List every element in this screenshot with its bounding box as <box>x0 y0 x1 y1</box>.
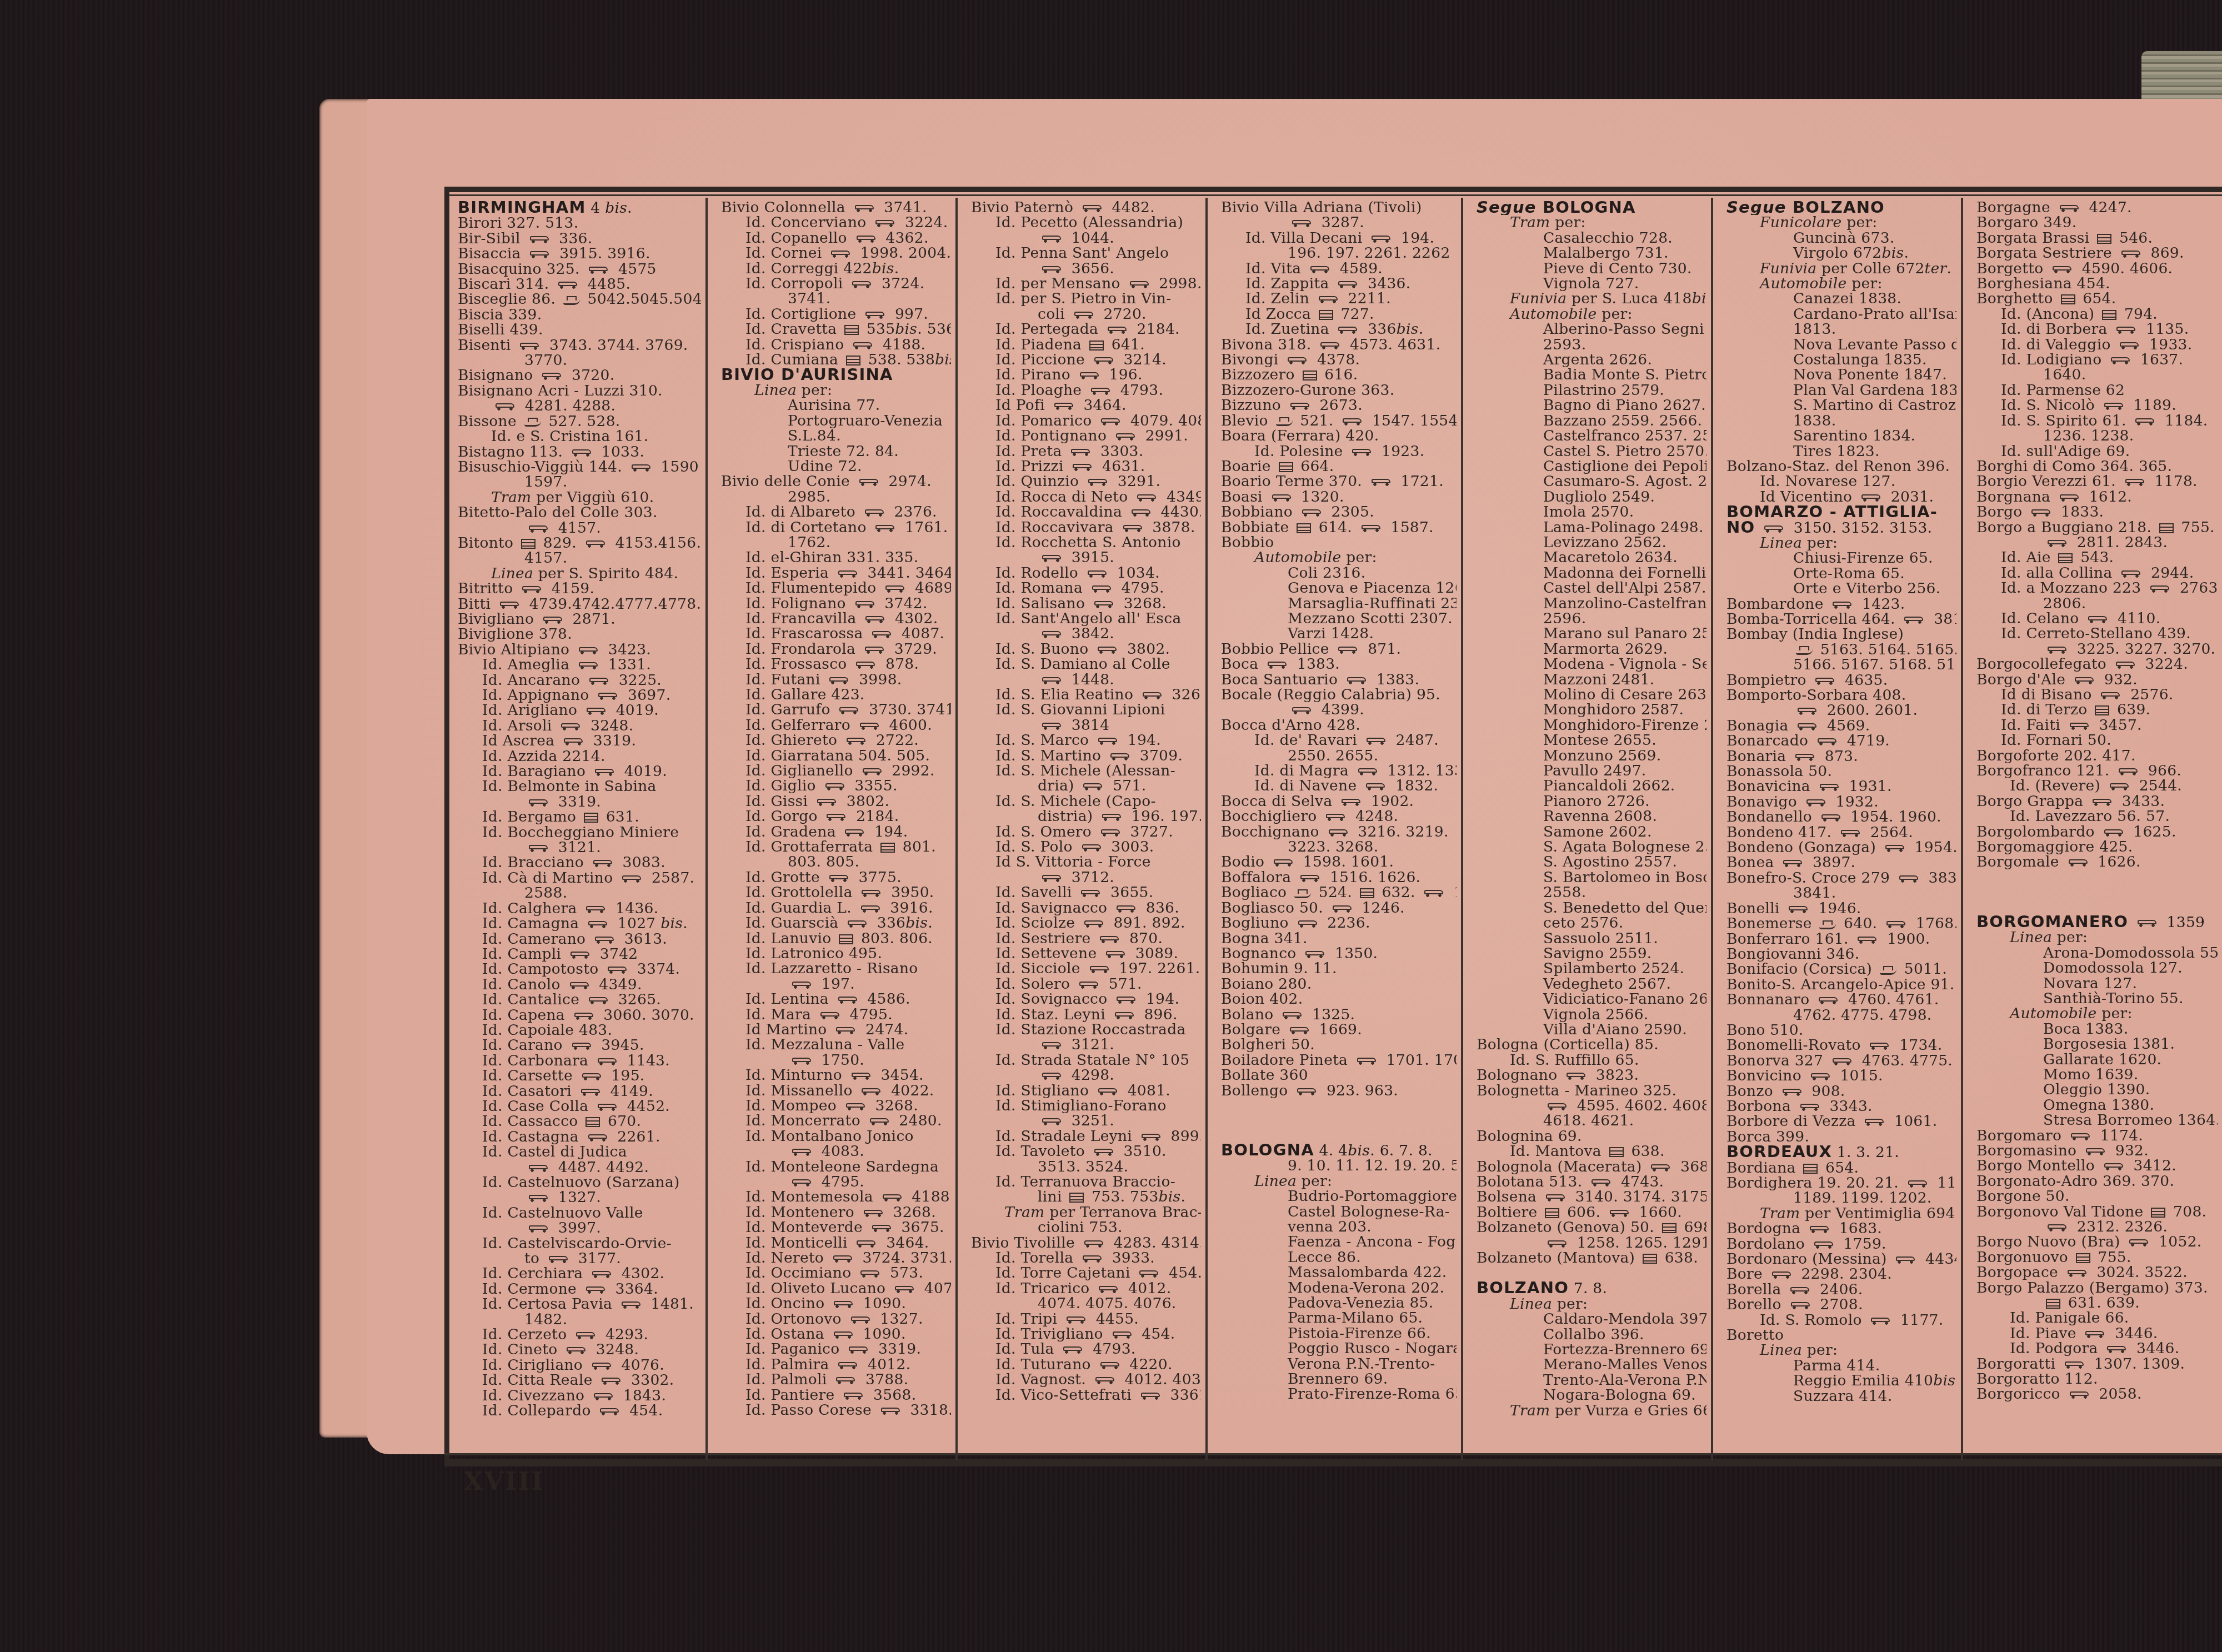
index-entry: Id. Roccavaldina 4430. <box>971 504 1201 519</box>
bus-icon <box>1087 570 1109 578</box>
index-entry: Montese 2655. <box>1477 733 1706 748</box>
index-entry: 1640. <box>1976 367 2218 382</box>
index-entry: Id. Penna Sant' Angelo <box>971 246 1201 261</box>
index-entry: Id. Prizzi 4631. <box>971 459 1201 474</box>
tram-icon <box>1303 371 1317 381</box>
index-entry: Id. Appignano 3697. <box>458 688 701 703</box>
index-entry: Id. Latronico 495. <box>721 946 951 961</box>
bus-icon <box>1101 813 1123 821</box>
index-entry: Id. Preta 3303. <box>971 444 1201 459</box>
index-entry: Borghetto 654. <box>1976 291 2218 306</box>
bus-icon <box>1041 266 1063 273</box>
bus-icon <box>599 1408 621 1415</box>
index-entry: 803. 805. <box>721 854 951 869</box>
index-entry: Boca 1383. <box>1221 657 1457 672</box>
bus-icon <box>1337 646 1359 654</box>
index-entry: Boca 1383. <box>1976 1022 2218 1037</box>
bus-icon <box>1299 874 1322 882</box>
bus-icon <box>621 875 643 883</box>
index-entry: Funivia per Colle 672ter. <box>1726 261 1956 276</box>
bus-icon <box>2120 570 2143 578</box>
index-entry: Id. Lavezzaro 56. 57. <box>1976 809 2218 824</box>
index-entry: Id. Casatori 4149. <box>458 1084 701 1099</box>
bus-icon <box>1356 1057 1378 1065</box>
tram-icon <box>1803 1164 1818 1174</box>
index-heading: BORDEAUX 1. 3. 21. <box>1726 1144 1956 1160</box>
bus-icon <box>2070 1133 2092 1140</box>
index-entry: 4795. <box>721 1174 951 1189</box>
index-entry: Udine 72. <box>721 459 951 474</box>
bus-icon <box>847 920 869 928</box>
index-entry: Id. Stradale Leyni 899. <box>971 1129 1201 1144</box>
index-entry: Borgo Palazzo (Bergamo) 373. <box>1976 1280 2218 1295</box>
index-entry: Id. Case Colla 4452. <box>458 1099 701 1114</box>
index-entry: 3287. <box>1221 215 1457 230</box>
index-entry: Bonvicino 1015. <box>1726 1068 1956 1083</box>
index-entry: Fortezza-Brennero 69. <box>1477 1342 1706 1357</box>
bus-icon <box>1094 1376 1117 1384</box>
index-entry: Automobile per: <box>1976 1006 2218 1021</box>
index-column-6: Segue BOLZANOFunicolare per:Guncinà 673.… <box>1711 198 1961 1460</box>
bus-icon <box>1100 418 1122 425</box>
bus-icon <box>1370 235 1393 243</box>
tram-icon <box>1360 888 1374 898</box>
index-entry: Id. Strada Statale N° 105 <box>971 1053 1201 1068</box>
bus-icon <box>1609 1209 1631 1217</box>
bus-icon <box>1782 859 1804 867</box>
bus-icon <box>1898 875 1920 883</box>
bus-icon <box>1370 478 1393 486</box>
index-entry: Monghidoro 2587. <box>1477 702 1706 717</box>
bus-icon <box>2087 615 2109 623</box>
index-entry: 3842. <box>971 626 1201 641</box>
tram-icon <box>2095 705 2109 715</box>
index-entry: Faenza - Ancona - Foggia - <box>1221 1234 1457 1249</box>
index-entry: Cardano-Prato all'Isarco <box>1726 307 1956 322</box>
index-entry: Sassuolo 2511. <box>1477 931 1706 946</box>
index-entry: 2588. <box>458 885 701 900</box>
index-entry: Bolognano 3823. <box>1477 1068 1706 1083</box>
index-entry: Id. S. Nicolò 1189. <box>1976 398 2218 413</box>
bus-icon <box>871 1224 893 1232</box>
bus-icon <box>1041 1042 1063 1049</box>
index-entry: Id. Bracciano 3083. <box>458 855 701 870</box>
index-entry: Id. Celano 4110. <box>1976 611 2218 626</box>
index-entry: Bitonto 829. 4153.4156. <box>458 535 701 550</box>
bus-icon <box>1289 402 1312 410</box>
index-entry: Id. Collepardo 454. <box>458 1403 701 1418</box>
bus-icon <box>1856 936 1879 944</box>
bus-icon <box>591 1270 613 1278</box>
bus-icon <box>835 1027 857 1034</box>
index-entry: Boltiere 606. 1660. <box>1477 1205 1706 1220</box>
index-entry: Collalbo 396. <box>1477 1327 1706 1342</box>
bus-icon <box>2136 919 2159 927</box>
index-entry: Id. Pirano 196. <box>971 367 1201 382</box>
index-entry: S. Martino di Castrozza <box>1726 398 1956 413</box>
index-entry: Bivio delle Conie 2974. <box>721 474 951 489</box>
index-entry: Tram per Ventimiglia 694. <box>1726 1206 1956 1221</box>
index-entry: Marsaglia-Ruffinati 2309. <box>1221 596 1457 611</box>
bus-icon <box>585 1286 607 1294</box>
bus-icon <box>597 692 619 700</box>
bus-icon <box>1289 1027 1311 1034</box>
index-entry: S.L.84. <box>721 428 951 443</box>
index-entry: Id. Zappita 3436. <box>1221 276 1457 291</box>
index-entry: Bognanco 1350. <box>1221 946 1457 961</box>
bus-icon <box>528 1225 550 1233</box>
index-entry: Id. Castelviscardo-Orvie- <box>458 1236 701 1251</box>
bus-icon <box>521 585 543 593</box>
index-entry: Funivia per S. Luca 418bis. <box>1477 291 1706 306</box>
index-entry: Id. Certosa Pavia 1481. <box>458 1296 701 1311</box>
index-entry: Id. Novarese 127. <box>1726 474 1956 489</box>
bus-icon <box>862 768 884 775</box>
bus-icon <box>855 1240 878 1248</box>
index-entry: 2558. <box>1477 885 1706 900</box>
index-entry: Id. Grottolella 3950. <box>721 885 951 900</box>
index-entry: Prato-Firenze-Roma 65. <box>1221 1386 1457 1401</box>
page-number: XVIII <box>464 1468 544 1496</box>
index-entry: Bisceglie 86. 5042.5045.5046 <box>458 292 701 307</box>
index-entry: Bizzozero 616. <box>1221 367 1457 382</box>
index-entry: 1597. <box>458 474 701 489</box>
index-entry: Id. Staz. Leyni 896. <box>971 1007 1201 1022</box>
bus-icon <box>1781 1088 1804 1096</box>
index-entry: Bizzozero-Gurone 363. <box>1221 383 1457 398</box>
index-entry: 3121. <box>971 1037 1201 1052</box>
bus-icon <box>1814 677 1836 685</box>
bus-icon <box>854 204 876 212</box>
tram-icon <box>521 539 536 549</box>
index-entry: to 3177. <box>458 1251 701 1266</box>
index-entry: Id. Palmira 4012. <box>721 1357 951 1372</box>
index-entry: Id. S. Michele (Alessan- <box>971 763 1201 778</box>
index-entry: Id. Cerzeto 4293. <box>458 1327 701 1342</box>
bus-icon <box>1065 1316 1088 1324</box>
index-entry: Bolotana 513. 4743. <box>1477 1174 1706 1189</box>
bus-icon <box>569 951 592 959</box>
index-entry: Bocale (Reggio Calabria) 95. <box>1221 687 1457 702</box>
bus-icon <box>1083 920 1105 928</box>
bus-icon <box>2069 1391 2091 1399</box>
index-entry: Vignola 727. <box>1477 276 1706 291</box>
index-entry: Vignola 2566. <box>1477 1007 1706 1022</box>
bus-icon <box>1090 387 1112 395</box>
bus-icon <box>1053 402 1075 410</box>
index-entry: Id. Citta Reale 3302. <box>458 1373 701 1388</box>
index-entry: Bordonaro (Messina) 4434. <box>1726 1251 1956 1266</box>
tram-icon <box>1089 341 1104 351</box>
index-entry: Id. Cermone 3364. <box>458 1281 701 1296</box>
bus-icon <box>1301 509 1323 517</box>
index-entry: Id. Tricarico 4012. <box>971 1281 1201 1296</box>
index-entry: Id. Panigale 66. <box>1976 1310 2218 1325</box>
bus-icon <box>1082 204 1104 212</box>
index-entry: 1327. <box>458 1190 701 1205</box>
index-entry: Bonarcado 4719. <box>1726 733 1956 748</box>
index-entry: Badia Monte S. Pietro- <box>1477 367 1706 382</box>
index-column-4: Bivio Villa Adriana (Tivoli) 3287.Id. Vi… <box>1205 198 1461 1460</box>
index-entry: Bomba-Torricella 464. 3819. <box>1726 612 1956 627</box>
bus-icon <box>791 981 813 989</box>
bus-icon <box>863 1209 885 1217</box>
index-entry: Id. Vita 4589. <box>1221 261 1457 276</box>
index-entry: Id. Polesine 1923. <box>1221 444 1457 459</box>
index-entry: Bagno di Piano 2627. <box>1477 398 1706 413</box>
index-entry: Id. Ostana 1090. <box>721 1326 951 1341</box>
index-entry: Id. Pantiere 3568. <box>721 1388 951 1403</box>
index-entry: Samone 2602. <box>1477 824 1706 839</box>
index-entry: 4618. 4621. <box>1477 1113 1706 1128</box>
index-entry: Id. Cerreto-Stellano 439. <box>1976 626 2218 641</box>
index-entry: Caldaro-Mendola 397 <box>1477 1311 1706 1326</box>
index-entry: 2593. <box>1477 337 1706 352</box>
bus-icon <box>1091 585 1113 593</box>
bus-icon <box>2109 783 2131 790</box>
index-entry: Id. S. Romolo 1177. <box>1726 1313 1956 1328</box>
index-entry: Borgoforte 202. 417. <box>1976 748 2218 763</box>
index-entry: Suzzara 414. <box>1726 1389 1956 1404</box>
index-entry: Borgone 50. <box>1976 1189 2218 1204</box>
index-entry: Id. Tuturano 4220. <box>971 1357 1201 1372</box>
bus-icon <box>1070 448 1092 456</box>
index-entry: Bonassola 50. <box>1726 764 1956 779</box>
bus-icon <box>824 783 847 790</box>
index-entry: 9. 10. 11. 12. 19. 20. 59. <box>1221 1158 1457 1173</box>
index-entry: 1838. <box>1726 413 1956 428</box>
index-entry: Biselli 439. <box>458 322 701 337</box>
index-entry: Borbore di Vezza 1061. <box>1726 1114 1956 1129</box>
bus-icon <box>1903 616 1925 624</box>
index-entry: Id. Mara 4795. <box>721 1007 951 1022</box>
index-entry: Id Zocca 727. <box>1221 307 1457 322</box>
bus-icon <box>791 1148 813 1156</box>
index-entry: Id. Montalbano Jonico <box>721 1129 951 1144</box>
bus-icon <box>1357 768 1379 775</box>
index-entry: Id. Gallare 423. <box>721 687 951 702</box>
index-entry: Modena-Verona 202. <box>1221 1280 1457 1295</box>
index-entry: Id. Zelin 2211. <box>1221 291 1457 306</box>
ship-icon <box>1796 645 1813 655</box>
bus-icon <box>571 1042 593 1050</box>
tram-icon <box>1297 523 1311 533</box>
index-entry: Id. Sant'Angelo all' Esca <box>971 611 1201 626</box>
bus-icon <box>1087 478 1109 486</box>
bus-icon <box>828 677 850 684</box>
bus-icon <box>2085 1148 2107 1155</box>
index-entry: Bomporto-Sorbara 408. <box>1726 688 1956 703</box>
index-entry: Borgo 1833. <box>1976 504 2218 519</box>
index-entry: ceto 2576. <box>1477 915 1706 930</box>
index-entry: Tram per Terranova Brac- <box>971 1205 1201 1220</box>
bus-icon <box>1082 783 1104 790</box>
index-entry: Linea per: <box>1726 1343 1956 1358</box>
index-entry: Id. Guarscià 336bis. <box>721 915 951 930</box>
index-entry: Costalunga 1835. <box>1726 352 1956 367</box>
index-entry: Bonaria 873. <box>1726 749 1956 764</box>
index-entry: Bonzo 908. <box>1726 1084 1956 1099</box>
index-entry: 3223. 3268. <box>1221 839 1457 854</box>
index-entry: Id. Parmense 62 <box>1976 383 2218 398</box>
bus-icon <box>1097 646 1119 654</box>
index-entry: Bolognetta - Marineo 325. <box>1477 1083 1706 1098</box>
bus-icon <box>837 996 859 1004</box>
index-entry: Dugliolo 2549. <box>1477 489 1706 504</box>
index-entry: Id. Guardia L. 3916. <box>721 900 951 915</box>
bus-icon <box>850 1316 872 1324</box>
bus-icon <box>825 813 848 821</box>
index-entry: Bobbiano 2305. <box>1221 504 1457 519</box>
index-entry: Id. Fornari 50. <box>1976 733 2218 748</box>
bus-icon <box>563 738 585 745</box>
bus-icon <box>2128 1239 2150 1246</box>
index-heading: BOLZANO 7. 8. <box>1477 1280 1706 1296</box>
index-entry: Id. Corropoli 3724. <box>721 276 951 291</box>
index-entry: 2600. 2601. <box>1726 703 1956 718</box>
tram-icon <box>2097 234 2111 244</box>
bus-icon <box>1547 1240 1569 1248</box>
bus-icon <box>1885 920 1908 928</box>
index-entry: Bocca di Selva 1902. <box>1221 794 1457 809</box>
index-entry: Id. Castelnuovo (Sarzana) <box>458 1175 701 1190</box>
bus-icon <box>2134 418 2156 425</box>
index-entry: Padova-Venezia 85. <box>1221 1295 1457 1310</box>
index-entry: Id. S. Marco 194. <box>971 733 1201 748</box>
index-entry: Bollengo 923. 963. <box>1221 1083 1457 1098</box>
index-entry: Id. Rodello 1034. <box>971 565 1201 580</box>
index-entry: Bivio Tivolille 4283. 4314. <box>971 1235 1201 1250</box>
index-entry: Borgo Nuovo (Bra) 1052. <box>1976 1234 2218 1249</box>
index-entry: Castelfranco 2537. 2596. <box>1477 428 1706 443</box>
bus-icon <box>587 920 609 928</box>
index-entry: Id. Sicciole 197. 2261. <box>971 961 1201 976</box>
index-entry: Id. Castelnuovo Valle <box>458 1205 701 1220</box>
index-entry: Id. S. Polo 3003. <box>971 839 1201 854</box>
index-entry: Id. Aie 543. <box>1976 550 2218 565</box>
index-entry: Bonifacio (Corsica) 5011. <box>1726 962 1956 977</box>
bus-icon <box>1099 1361 1122 1369</box>
bus-icon <box>874 219 897 227</box>
bus-icon <box>1089 965 1111 973</box>
bus-icon <box>864 509 886 517</box>
index-entry: Merano-Malles Venosta 70. <box>1477 1357 1706 1372</box>
index-columns: BIRMINGHAM 4 bis.Birori 327. 513.Bir-Sib… <box>444 198 2222 1460</box>
bus-icon <box>2110 357 2132 364</box>
bus-icon <box>1079 372 1101 379</box>
bus-icon <box>1794 753 1816 761</box>
bus-icon <box>1340 798 1363 806</box>
index-entry: Id. Gradena 194. <box>721 824 951 839</box>
index-entry: Borgosesia 1381. <box>1976 1037 2218 1052</box>
index-entry: Casumaro-S. Agost. 2557. <box>1477 474 1706 489</box>
index-entry: Borgopace 3024. 3522. <box>1976 1265 2218 1280</box>
bus-icon <box>848 1346 870 1354</box>
bus-icon <box>1093 600 1115 608</box>
bus-icon <box>581 1073 603 1080</box>
bus-icon <box>592 859 614 867</box>
index-entry: Id. di Terzo 639. <box>1976 702 2218 717</box>
index-entry: Bonomelli-Rovato 1734. <box>1726 1038 1956 1053</box>
index-entry: Gallarate 1620. <box>1976 1052 2218 1067</box>
index-entry: Bordolano 1759. <box>1726 1237 1956 1251</box>
index-entry: Id. di Navene 1832. <box>1221 778 1457 793</box>
index-entry: Id. Lanuvio 803. 806. <box>721 931 951 946</box>
index-entry: Id. Villa Decani 194. <box>1221 231 1457 246</box>
bus-icon <box>1291 219 1313 227</box>
index-column-1: BIRMINGHAM 4 bis.Birori 327. 513.Bir-Sib… <box>444 198 705 1460</box>
bus-icon <box>1093 357 1115 364</box>
bus-icon <box>1831 1058 1854 1065</box>
index-entry: Modena - Vignola - Serra <box>1477 657 1706 672</box>
ship-icon <box>1276 417 1293 426</box>
index-entry: Id. Castel di Judica <box>458 1144 701 1159</box>
index-entry: Borgnana 1612. <box>1976 489 2218 504</box>
index-entry: Borgonovo Val Tidone 708. <box>1976 1204 2218 1219</box>
bus-icon <box>852 342 874 349</box>
index-entry: Bogna 341. <box>1221 931 1457 946</box>
index-entry: Trieste 72. 84. <box>721 444 951 459</box>
bus-icon <box>620 1301 643 1309</box>
index-entry: Bogliuno 2236. <box>1221 915 1457 930</box>
index-entry: Id. Monticelli 3464. <box>721 1235 951 1250</box>
index-entry: Alberino-Passo Segni <box>1477 322 1706 337</box>
index-entry: Malalbergo 731. <box>1477 246 1706 261</box>
index-entry: Id. Campotosto 3374. <box>458 962 701 977</box>
index-entry: Automobile per: <box>1221 550 1457 565</box>
index-entry: Id. Frascarossa 4087. <box>721 626 951 641</box>
index-heading: BORGOMANERO 1359 <box>1976 914 2218 930</box>
index-entry: Borgagne 4247. <box>1976 200 2218 215</box>
bus-icon <box>565 1346 588 1354</box>
index-entry: Bolzaneto (Genova) 50. 698. <box>1477 1220 1706 1235</box>
index-entry: 196. 197. 2261. 2262 <box>1221 246 1457 261</box>
index-entry: Borello 2708. <box>1726 1297 1956 1312</box>
bus-icon <box>2046 539 2069 547</box>
bus-icon <box>1820 814 1843 822</box>
bus-icon <box>1351 448 1373 456</box>
index-entry: 1258. 1265. 1291. <box>1477 1235 1706 1250</box>
index-entry: Id. Moncerrato 2480. <box>721 1113 951 1128</box>
frame-rule-top <box>444 187 2222 192</box>
index-entry: 1750. <box>721 1053 951 1068</box>
bus-icon <box>1098 1285 1120 1293</box>
bus-icon <box>1328 829 1350 837</box>
index-entry: Borgo d'Ale 932. <box>1976 672 2218 687</box>
index-entry: Id. S. Damiano al Colle <box>971 657 1201 672</box>
index-entry: Vidiciatico-Fanano 2639. <box>1477 992 1706 1007</box>
index-entry: Id. Lazzaretto - Risano <box>721 961 951 976</box>
index-entry: Bolsena 3140. 3174. 3175. <box>1477 1189 1706 1204</box>
bus-icon <box>548 1255 570 1263</box>
bus-icon <box>593 1393 615 1400</box>
index-entry: Id. Carano 3945. <box>458 1038 701 1053</box>
index-entry: S. Benedetto del Quer- <box>1477 900 1706 915</box>
index-entry: Id. Giarratana 504. 505. <box>721 748 951 763</box>
index-entry: Genova e Piacenza 1267. <box>1221 580 1457 595</box>
bus-icon <box>1547 1103 1569 1110</box>
index-entry: Id. Montemesola 4188 <box>721 1189 951 1204</box>
index-entry: Orte e Viterbo 256. <box>1726 581 1956 596</box>
bus-icon <box>1109 753 1132 760</box>
bus-icon <box>833 1300 855 1308</box>
bus-icon <box>575 1331 597 1339</box>
index-entry: Id. Sciolze 891. 892. <box>971 915 1201 930</box>
index-entry: Id. Podgora 3446. <box>1976 1341 2218 1356</box>
index-entry: 2806. <box>1976 596 2218 611</box>
index-entry: Bonefro-S. Croce 279 3838. <box>1726 870 1956 885</box>
bus-icon <box>2103 402 2125 410</box>
